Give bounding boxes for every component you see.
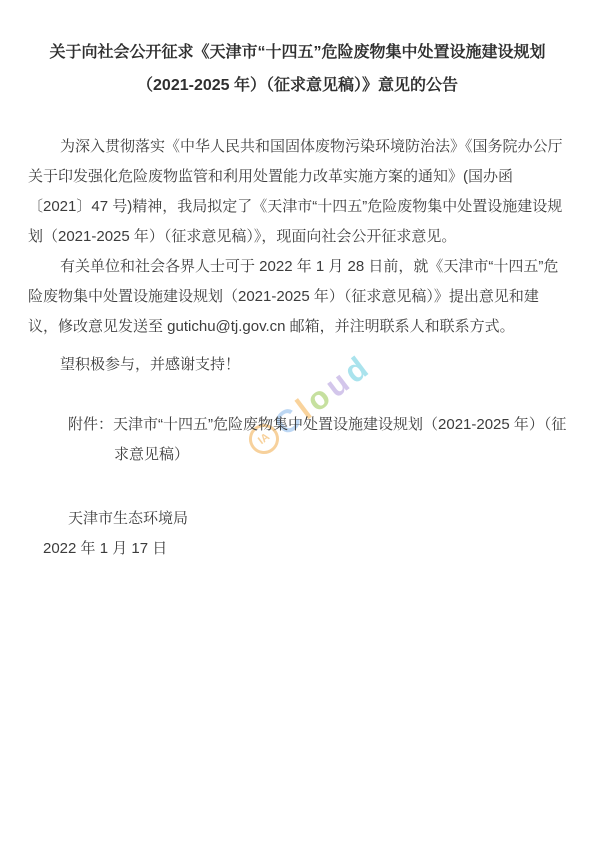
document-title: 关于向社会公开征求《天津市“十四五”危险废物集中处置设施建设规划 （2021-2… [36, 36, 559, 102]
attachment-label: 附件： [68, 416, 113, 433]
document-content: 关于向社会公开征求《天津市“十四五”危险废物集中处置设施建设规划 （2021-2… [0, 0, 595, 564]
title-line-1: 关于向社会公开征求《天津市“十四五”危险废物集中处置设施建设规划 [36, 36, 559, 69]
paragraph-intro: 为深入贯彻落实《中华人民共和国固体废物污染环境防治法》《国务院办公厅关于印发强化… [28, 132, 567, 252]
signature-date: 2022 年 1 月 17 日 [28, 534, 567, 564]
attachment-line: 附件：天津市“十四五”危险废物集中处置设施建设规划（2021-2025 年）（征… [28, 410, 567, 470]
document-body: 为深入贯彻落实《中华人民共和国固体废物污染环境防治法》《国务院办公厅关于印发强化… [28, 132, 567, 564]
document-page: IA C l o u d 关于向社会公开征求《天津市“十四五”危险废物集中处置设… [0, 0, 595, 841]
signature-agency: 天津市生态环境局 [28, 504, 567, 534]
paragraph-instructions: 有关单位和社会各界人士可于 2022 年 1 月 28 日前，就《天津市“十四五… [28, 252, 567, 342]
attachment-text: 天津市“十四五”危险废物集中处置设施建设规划（2021-2025 年）（征求意见… [113, 416, 566, 463]
title-line-2: （2021-2025 年）（征求意见稿）》意见的公告 [36, 69, 559, 102]
paragraph-thanks: 望积极参与，并感谢支持！ [28, 350, 567, 380]
